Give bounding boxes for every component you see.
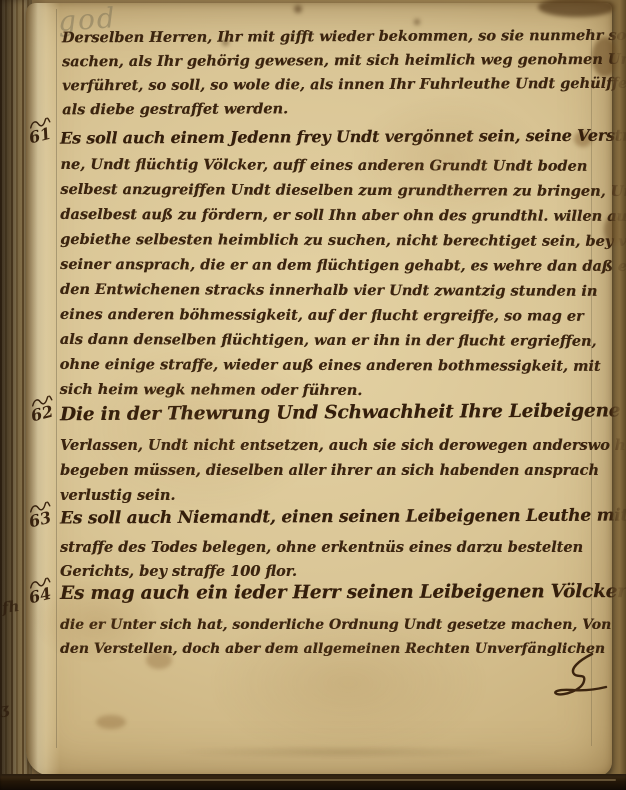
intro-paragraph: Derselben Herren, Ihr mit gifft wieder b… xyxy=(62,24,626,123)
left-margin-rule xyxy=(56,9,57,748)
article-64-heading: Es mag auch ein ieder Herr seinen Leibei… xyxy=(60,581,626,604)
text-line: Verlassen, Undt nicht entsetzen, auch si… xyxy=(60,433,626,458)
ink-stain xyxy=(538,0,616,17)
text-line: ohne einige straffe, wieder auß eines an… xyxy=(60,352,626,379)
fleck xyxy=(96,715,126,729)
text-line: als dann denselben flüchtigen, wan er ih… xyxy=(60,327,626,354)
text-line: daselbest auß zu fördern, er soll Ihn ab… xyxy=(60,202,626,229)
gutter-shadow xyxy=(0,0,46,790)
text-line: ne, Undt flüchtig Völcker, auff eines an… xyxy=(60,152,626,179)
article-61-heading: Es soll auch einem Jedenn frey Undt verg… xyxy=(60,125,626,147)
article-62-heading: Die in der Thewrung Und Schwachheit Ihre… xyxy=(60,400,626,425)
paraph-flourish-icon xyxy=(548,651,612,707)
verso-showthrough xyxy=(176,745,506,759)
text-line: die er Unter sich hat, sonderliche Ordnu… xyxy=(60,613,611,637)
page-block-right-edge xyxy=(610,0,626,790)
text-line: den Entwichenen stracks innerhalb vier U… xyxy=(60,277,626,304)
text-line: gebiethe selbesten heimblich zu suchen, … xyxy=(60,227,626,254)
text-line: Derselben Herren, Ihr mit gifft wieder b… xyxy=(62,24,626,51)
manuscript-page: god Derselben Herren, Ihr mit gifft wied… xyxy=(26,3,612,776)
article-61-body: ne, Undt flüchtig Völcker, auff eines an… xyxy=(60,152,626,404)
article-63-body: straffe des Todes belegen, ohne erkentnü… xyxy=(60,536,583,584)
page-block-bottom-edge xyxy=(0,774,626,790)
text-line: verlustig sein. xyxy=(60,483,626,508)
text-line: selbest anzugreiffen Undt dieselben zum … xyxy=(60,177,626,204)
article-63-heading: Es soll auch Niemandt, einen seinen Leib… xyxy=(60,506,626,529)
text-line: seiner ansprach, die er an dem flüchtige… xyxy=(60,252,626,279)
fleck xyxy=(294,5,302,13)
text-line: Gerichts, bey straffe 100 flor. xyxy=(60,560,583,584)
article-62-body: Verlassen, Undt nicht entsetzen, auch si… xyxy=(60,433,626,508)
text-line: straffe des Todes belegen, ohne erkentnü… xyxy=(60,536,583,560)
text-line: den Verstellen, doch aber dem allgemeine… xyxy=(60,637,611,661)
text-line: eines anderen böhmessigkeit, auf der flu… xyxy=(60,302,626,329)
manuscript-photo: fh ʒ god Derselben Herren, Ihr mit gifft… xyxy=(0,0,626,790)
article-64-body: die er Unter sich hat, sonderliche Ordnu… xyxy=(60,613,611,661)
text-line: begeben müssen, dieselben aller ihrer an… xyxy=(60,458,626,483)
text-line: sachen, als Ihr gehörig gewesen, mit sic… xyxy=(62,48,626,75)
text-line: als diebe gestraffet werden. xyxy=(62,96,626,123)
text-line: verführet, so soll, so wole die, als inn… xyxy=(62,72,626,99)
